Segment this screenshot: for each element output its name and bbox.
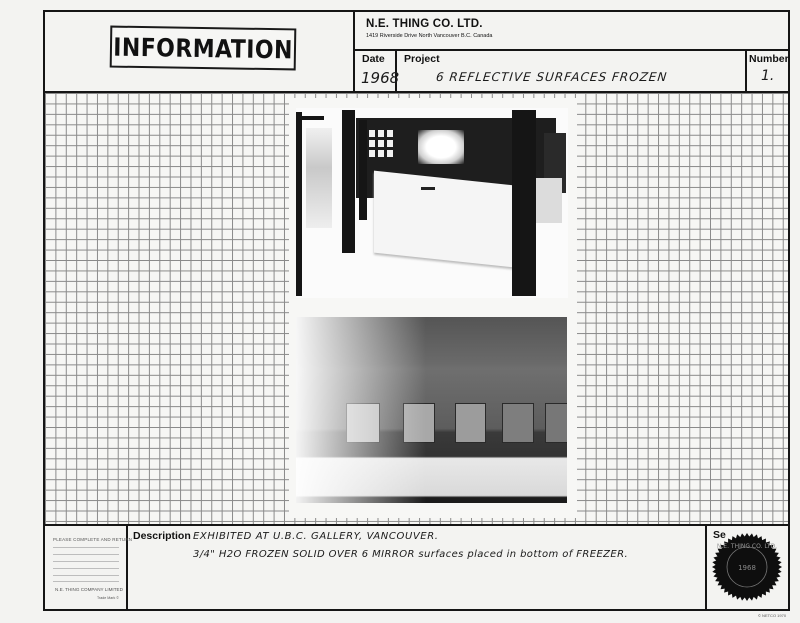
svg-text:1968: 1968	[738, 564, 756, 572]
description-line-1: EXHIBITED AT U.B.C. GALLERY, VANCOUVER.	[193, 531, 439, 542]
number-value: 1.	[761, 68, 774, 84]
information-stamp: INFORMATION	[110, 26, 297, 71]
return-note-company: N.E. THING COMPANY LIMITED	[55, 587, 123, 592]
return-note-ref: Trade Mark ©	[97, 596, 119, 600]
freezer-interior-photo	[296, 317, 567, 503]
footer-top-rule	[43, 524, 788, 526]
copyright-note: © NETCO 1970	[758, 613, 786, 618]
project-value: 6 REFLECTIVE SURFACES FROZEN	[435, 70, 668, 84]
return-note-title: PLEASE COMPLETE AND RETURN	[53, 537, 132, 542]
description-label: Description	[133, 530, 191, 542]
gallery-installation-photo	[296, 108, 568, 298]
footer-seal-divider	[705, 524, 707, 609]
date-value: 1968	[361, 69, 399, 87]
company-seal-icon: N.E. THING CO. LTD. 1968	[709, 531, 785, 603]
company-name: N.E. THING CO. LTD.	[366, 18, 483, 30]
svg-text:N.E. THING CO. LTD.: N.E. THING CO. LTD.	[717, 543, 777, 550]
company-row-divider	[353, 49, 788, 51]
number-label: Number	[749, 53, 789, 65]
project-label: Project	[404, 53, 440, 65]
header-divider	[353, 10, 355, 93]
company-address: 1419 Riverside Drive North Vancouver B.C…	[366, 33, 492, 39]
description-line-2: 3/4" H2O FROZEN SOLID OVER 6 MIRROR surf…	[193, 549, 628, 560]
date-label: Date	[362, 53, 385, 65]
form-title: INFORMATION	[113, 32, 293, 64]
project-number-divider	[745, 49, 747, 93]
